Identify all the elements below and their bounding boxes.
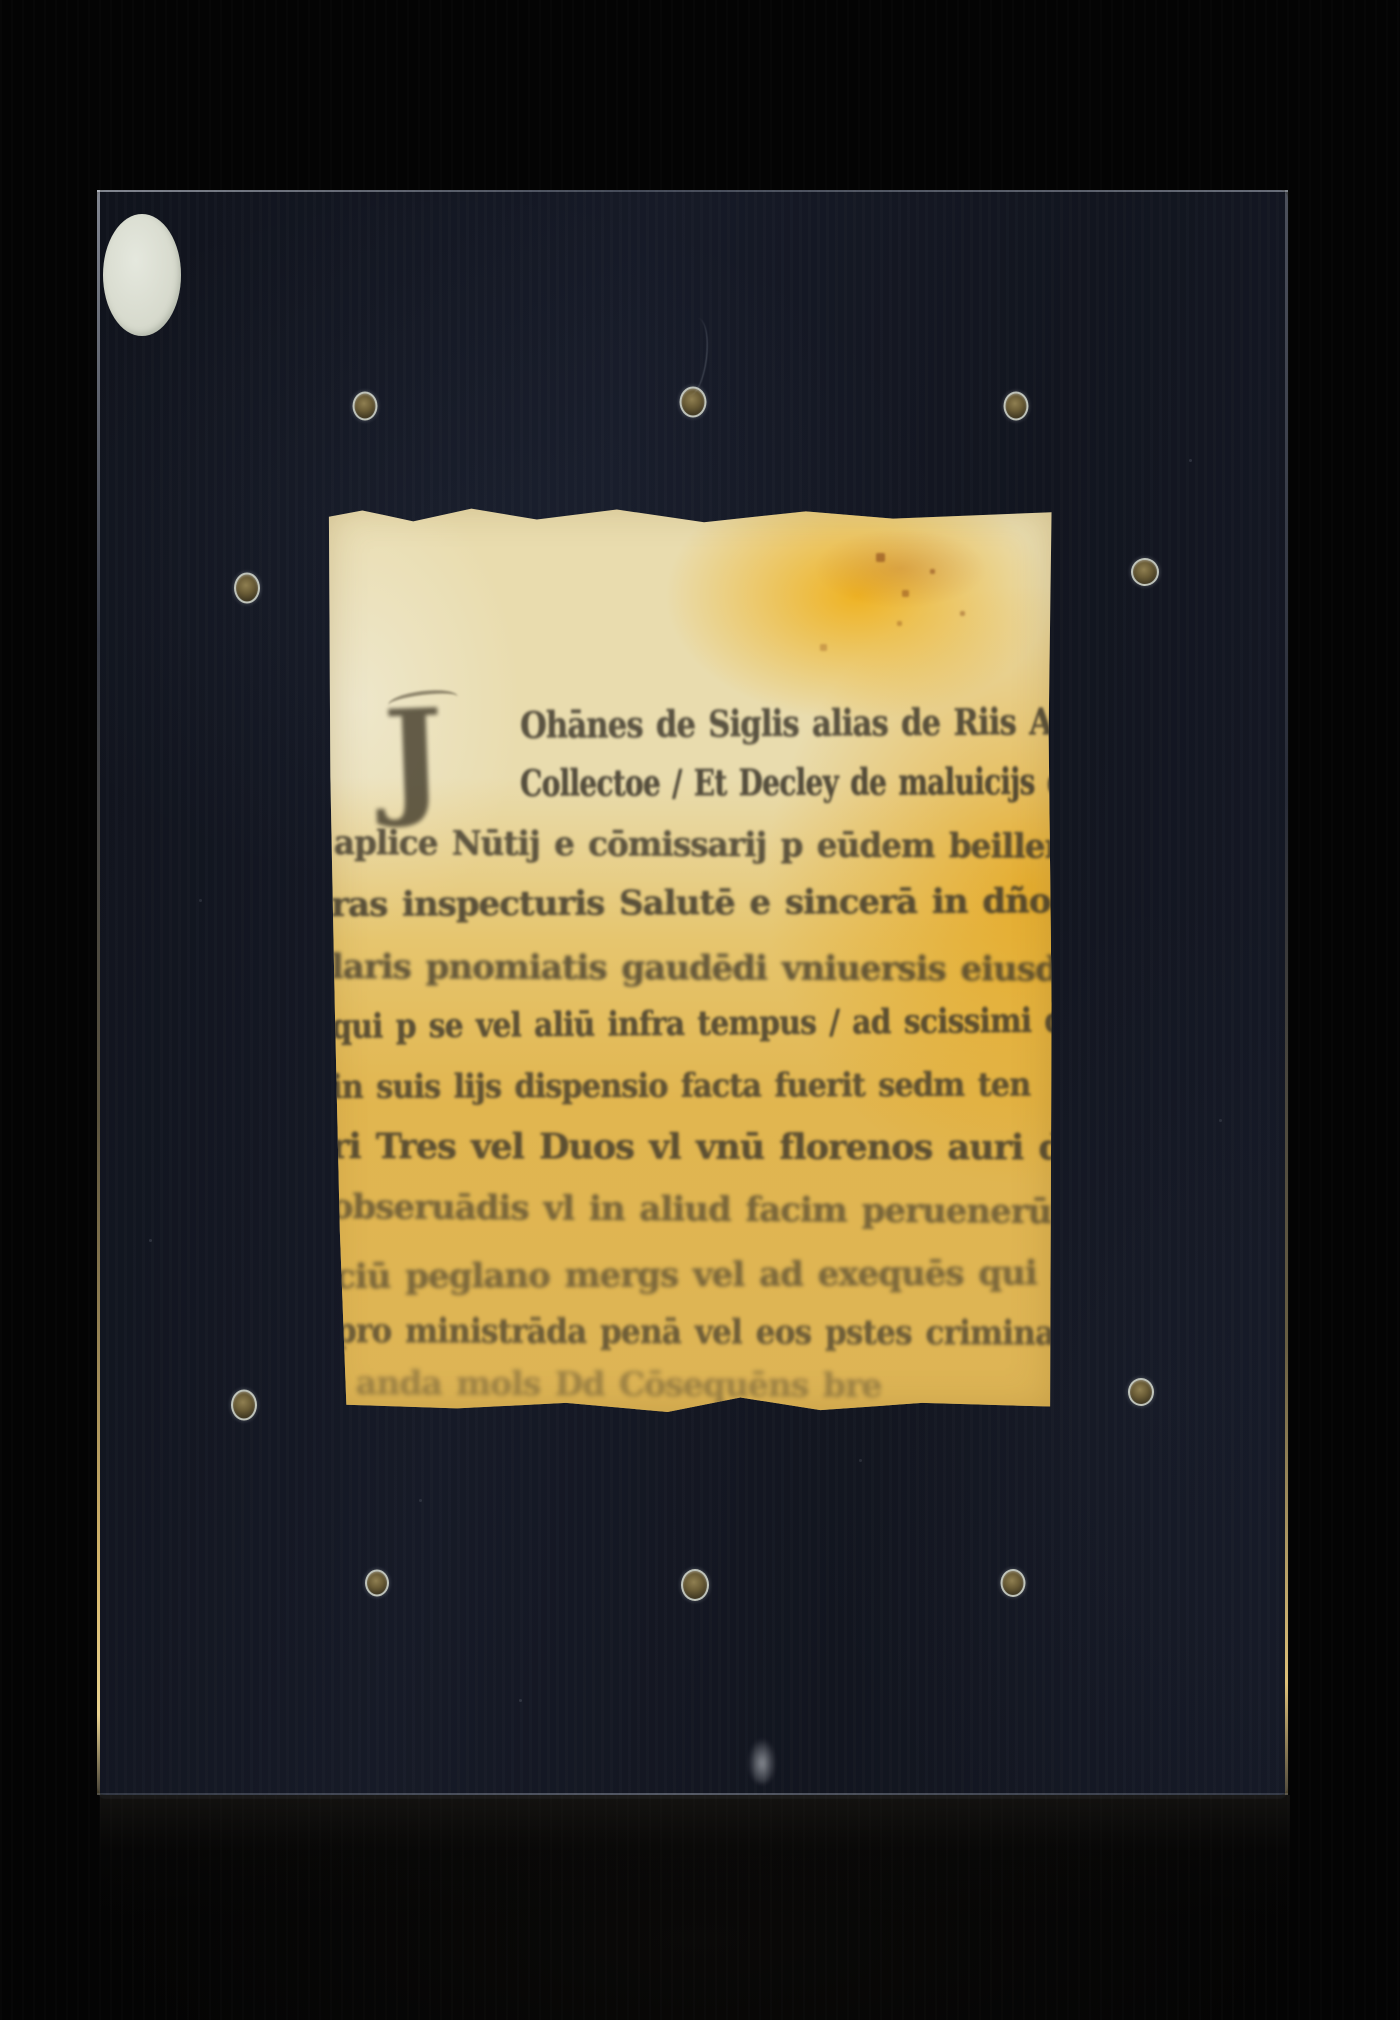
text-line: anda mols Dd Cōsequēns bre [356,1363,882,1405]
mounting-bolt-icon [1001,1569,1026,1597]
text-line: obseruādis vl in aliud facim peruenerūt [331,1187,1066,1232]
text-line: pro ministrāda penā vel eos pstes crimin… [335,1311,1093,1354]
text-line: ciū peglano mergs vel ad exequēs qui qui [335,1253,1110,1297]
glass-edge-top [97,190,1288,192]
text-line: in suis lijs dispensio facta fuerit sedm… [331,1065,1030,1106]
dust-specks [97,190,98,191]
mounting-bolt-icon [1131,558,1159,586]
text-line: laris pnomiatis gaudēdi vniuersis eiusdē [331,947,1079,990]
mounting-bolt-icon [353,392,378,421]
mounting-bolt-icon [365,1570,389,1597]
illuminated-initial: J [382,696,446,818]
photo-stage: J Ohānes de Siglis alias de Riis ApColle… [0,0,1400,2020]
text-line: qui p se vel aliū infra tempus / ad scis… [331,1001,1065,1047]
round-sticker [103,214,181,336]
table-shadow [100,1795,1290,1915]
mounting-bolt-icon [231,1390,257,1421]
text-line: ri Tres vel Duos vl vnū florenos auri d [331,1126,1062,1168]
glass-edge-left [97,190,100,1795]
mounting-bolt-icon [234,573,260,604]
text-line: ras inspecturis Salutē e sincerā in dño … [331,881,1088,925]
text-line: Collectoe / Et Decley de maluicijs de [520,761,1083,805]
parchment-document: J Ohānes de Siglis alias de Riis ApColle… [326,505,1053,1412]
glass-reflection-smudge [748,1738,776,1784]
glass-edge-right [1285,190,1288,1795]
text-line: aplice Nūtij e cōmissarij p eūdem beille… [334,823,1081,867]
mounting-bolt-icon [681,1569,709,1601]
mounting-bolt-icon [1004,392,1029,421]
text-line: Ohānes de Siglis alias de Riis Ap [520,701,1073,747]
mounting-bolt-icon [1128,1378,1154,1406]
